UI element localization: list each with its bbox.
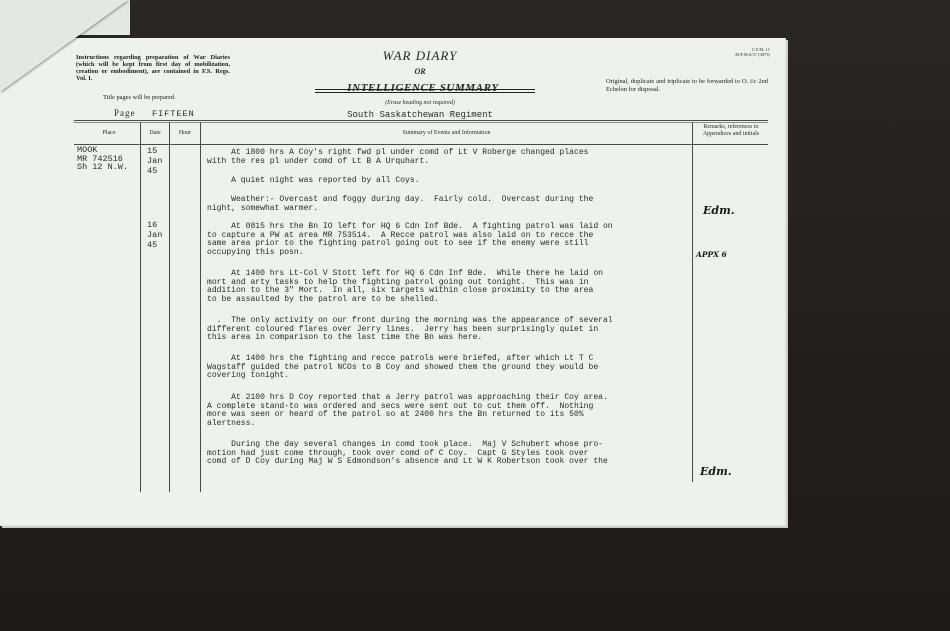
summary-paragraph: A quiet night was reported by all Coys.: [207, 177, 691, 186]
table-top-rule-2: [74, 122, 768, 123]
date-cell-15-jan: 15 Jan 45: [147, 146, 162, 176]
column-divider: [169, 122, 170, 492]
column-header-date: Date: [141, 130, 169, 137]
erase-note: (Erase heading not required): [340, 100, 500, 106]
summary-paragraph: At 1400 hrs Lt-Col V Stott left for HQ 6…: [207, 270, 691, 304]
document-title: WAR DIARY: [340, 48, 500, 64]
strike-line: [315, 92, 535, 93]
column-divider: [140, 122, 141, 492]
place-cell: MOOK MR 742516 Sh 12 N.W.: [77, 146, 128, 172]
summary-paragraph: Weather:- Overcast and foggy during day.…: [207, 196, 691, 213]
summary-paragraph: At 2100 hrs D Coy reported that a Jerry …: [207, 394, 691, 428]
column-header-summary: Summary of Events and Information: [201, 130, 692, 137]
form-code: C.F.M. 11 45/F.M.6/37 (3073): [700, 47, 770, 57]
column-header-remarks: Remarks, references to Appendices and in…: [694, 124, 768, 137]
header-bottom-rule: [74, 144, 768, 145]
date-cell-16-jan: 16 Jan 45: [147, 220, 162, 250]
page-curl: [0, 0, 128, 92]
summary-paragraph: At 0815 hrs the Bn IO left for HQ 6 Cdn …: [207, 223, 691, 257]
summary-paragraph: At 1800 hrs A Coy's right fwd pl under c…: [207, 149, 691, 166]
page-number: FIFTEEN: [152, 109, 195, 119]
unit-name: South Saskatchewan Regiment: [340, 110, 500, 120]
column-header-place: Place: [80, 130, 138, 137]
summary-paragraph: . The only activity on our front during …: [207, 317, 691, 343]
summary-paragraph: At 1400 hrs the fighting and recce patro…: [207, 355, 691, 381]
war-diary-page: Instructions regarding preparation of Wa…: [0, 38, 784, 524]
remark-appendix: APPX 6: [696, 250, 727, 259]
column-divider: [692, 122, 693, 482]
column-header-hour: Hour: [170, 130, 200, 137]
title-or: OR: [340, 67, 500, 76]
column-divider: [200, 122, 201, 492]
summary-paragraph: During the day several changes in comd t…: [207, 441, 691, 467]
remark-initials: Edm.: [703, 204, 735, 217]
remark-initials: Edm.: [700, 465, 732, 478]
page-label: Page: [114, 108, 136, 118]
strike-line: [315, 89, 535, 90]
table-top-rule: [74, 120, 768, 121]
distribution-note: Original, duplicate and triplicate to be…: [606, 78, 768, 93]
title-pages-note: Title pages will be prepared.: [103, 94, 176, 101]
